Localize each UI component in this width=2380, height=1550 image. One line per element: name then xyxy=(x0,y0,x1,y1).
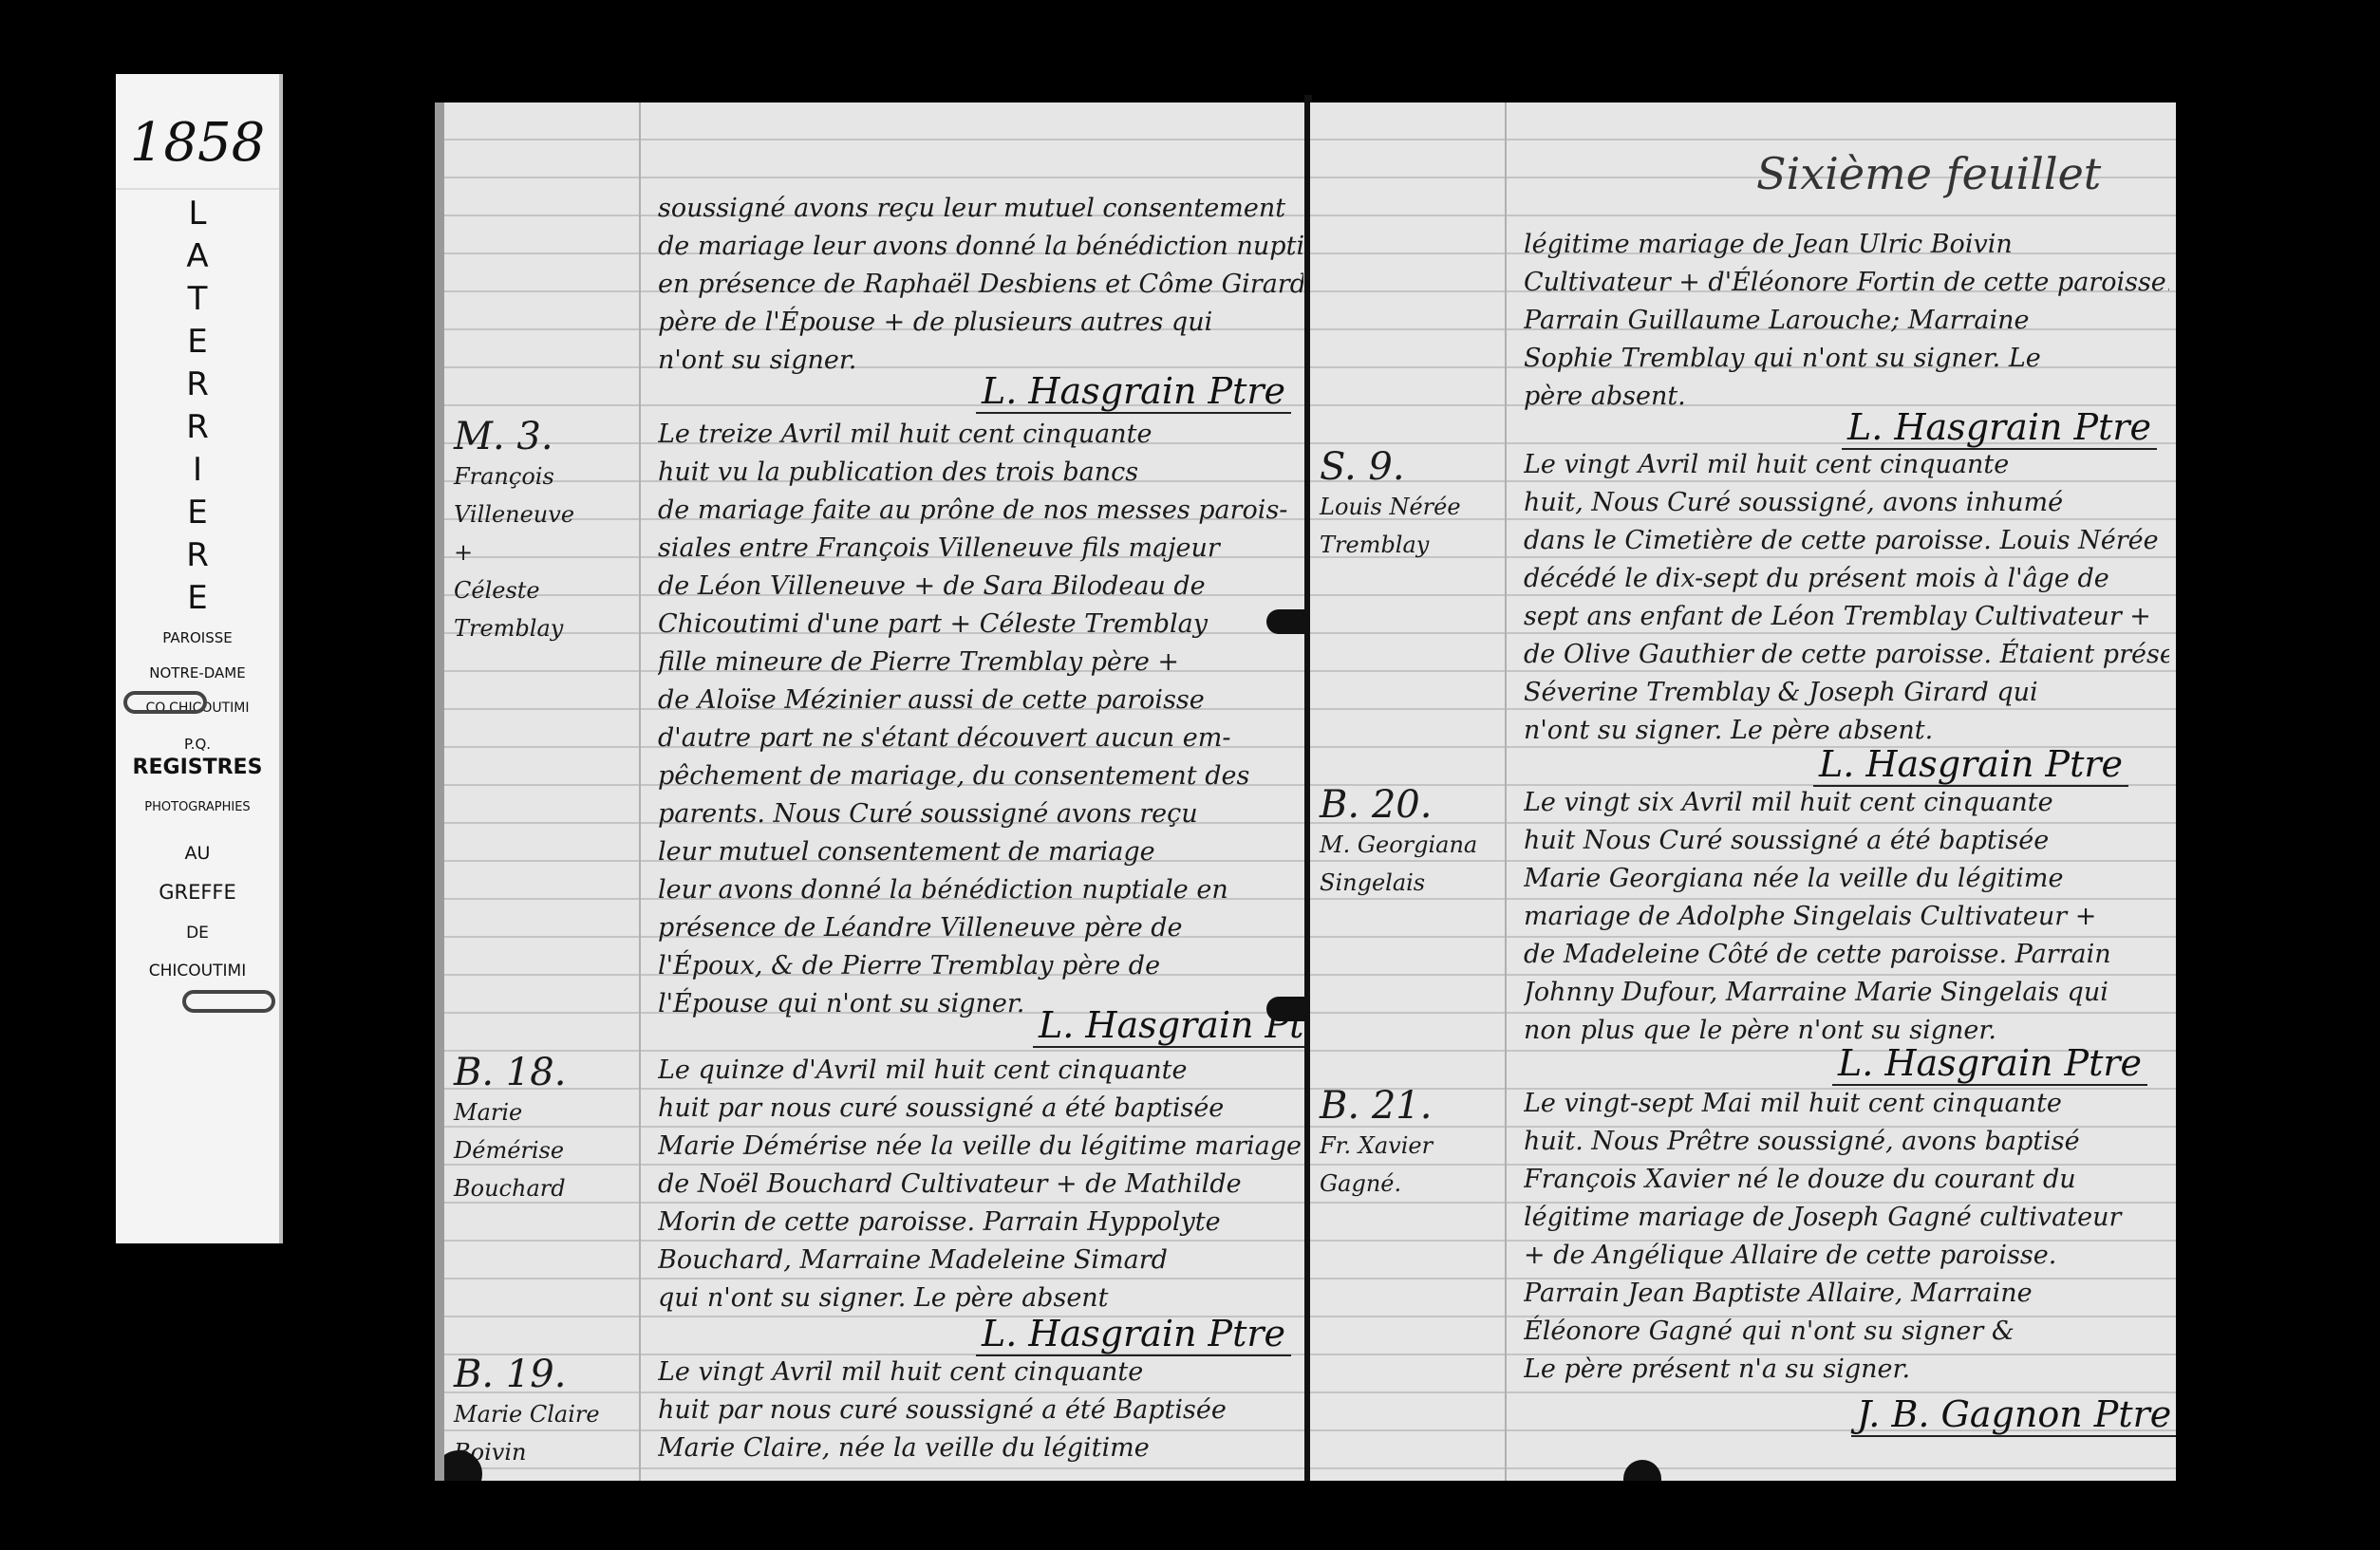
entry-text: Le vingt-sept Mai mil huit cent cinquant… xyxy=(1524,1085,2169,1389)
parish-letter: T xyxy=(116,278,279,321)
entry-margin-baptism: B. 21. Fr. Xavier Gagné. xyxy=(1320,1085,1500,1203)
parish-letter: R xyxy=(116,406,279,449)
register-page-right: Sixième feuillet légitime mariage de Jea… xyxy=(1310,103,2176,1481)
entry-code: B. 19. xyxy=(454,1354,634,1395)
entry-name: Singelais xyxy=(1320,864,1500,902)
parish-letter: A xyxy=(116,235,279,278)
entry-name: Gagné. xyxy=(1320,1165,1500,1203)
entry-text: Le treize Avril mil huit cent cinquante … xyxy=(658,416,1303,1023)
priest-signature: L. Hasgrain Ptre xyxy=(1842,406,2157,450)
priest-signature: L. Hasgrain Ptre xyxy=(976,1313,1291,1356)
entry-text: légitime mariage de Jean Ulric Boivin Cu… xyxy=(1524,226,2169,416)
entry-code: B. 20. xyxy=(1320,784,1500,826)
entry-text: Le vingt Avril mil huit cent cinquante h… xyxy=(1524,446,2169,750)
entry-code: M. 3. xyxy=(454,416,634,458)
folio-heading: Sixième feuillet xyxy=(1756,148,2101,199)
register-page-left: soussigné avons reçu leur mutuel consent… xyxy=(435,103,1306,1481)
archive-line: GREFFE xyxy=(116,881,279,904)
parish-letter: I xyxy=(116,449,279,492)
priest-signature: L. Hasgrain Ptre xyxy=(976,370,1291,414)
archive-line: CHICOUTIMI xyxy=(116,962,279,980)
entry-code: B. 21. xyxy=(1320,1085,1500,1127)
parish-letter: R xyxy=(116,534,279,577)
parish-line: P.Q. xyxy=(116,736,279,753)
entry-name: François Villeneuve xyxy=(454,458,634,533)
entry-code: S. 9. xyxy=(1320,446,1500,488)
entry-text: Le vingt Avril mil huit cent cinquante h… xyxy=(658,1354,1303,1467)
entry-name: Tremblay xyxy=(1320,526,1500,564)
entry-text: Le vingt six Avril mil huit cent cinquan… xyxy=(1524,784,2169,1050)
parish-name-vertical: L A T E R R I E R E xyxy=(116,193,279,620)
entry-name: Céleste Tremblay xyxy=(454,571,634,647)
margin-rule xyxy=(1505,103,1507,1481)
margin-rule xyxy=(639,103,641,1481)
entry-margin-marriage: M. 3. François Villeneuve + Céleste Trem… xyxy=(454,416,634,647)
entry-name: Marie Démérise xyxy=(454,1093,634,1169)
parish-letter: E xyxy=(116,577,279,620)
archive-line: PHOTOGRAPHIES xyxy=(116,800,279,814)
priest-signature: L. Hasgrain Ptre xyxy=(1813,743,2128,787)
year-label: 1858 xyxy=(116,112,279,190)
priest-signature: J. B. Gagnon Ptre xyxy=(1851,1393,2176,1437)
parish-letter: E xyxy=(116,321,279,364)
entry-margin-baptism: B. 18. Marie Démérise Bouchard xyxy=(454,1052,634,1207)
entry-margin-baptism: B. 19. Marie Claire Boivin xyxy=(454,1354,634,1471)
entry-name: Bouchard xyxy=(454,1169,634,1207)
parish-line: PAROISSE xyxy=(116,629,279,646)
entry-name: Louis Nérée xyxy=(1320,488,1500,526)
priest-signature: L. Hasgrain Ptre xyxy=(1832,1042,2147,1086)
entry-text: soussigné avons reçu leur mutuel consent… xyxy=(658,190,1303,380)
parish-line: NOTRE-DAME xyxy=(116,664,279,682)
entry-margin-burial: S. 9. Louis Nérée Tremblay xyxy=(1320,446,1500,564)
paperclip-icon xyxy=(182,990,275,1013)
entry-margin-baptism: B. 20. M. Georgiana Singelais xyxy=(1320,784,1500,902)
entry-name: Fr. Xavier xyxy=(1320,1127,1500,1165)
priest-signature: L. Hasgrain Ptre xyxy=(1033,1004,1306,1048)
archive-line: REGISTRES xyxy=(116,756,279,779)
archive-line: DE xyxy=(116,924,279,943)
entry-text: Le quinze d'Avril mil huit cent cinquant… xyxy=(658,1052,1303,1317)
entry-name: + xyxy=(454,533,634,571)
paperclip-icon xyxy=(123,691,207,714)
archive-label-strip: 1858 L A T E R R I E R E PAROISSE NOTRE-… xyxy=(116,74,283,1243)
entry-code: B. 18. xyxy=(454,1052,634,1093)
entry-name: Marie Claire xyxy=(454,1395,634,1433)
archive-line: AU xyxy=(116,843,279,864)
page-clamp-shadow xyxy=(1623,1460,1661,1481)
entry-name: M. Georgiana xyxy=(1320,826,1500,864)
parish-letter: R xyxy=(116,364,279,406)
parish-letter: L xyxy=(116,193,279,235)
parish-letter: E xyxy=(116,492,279,534)
